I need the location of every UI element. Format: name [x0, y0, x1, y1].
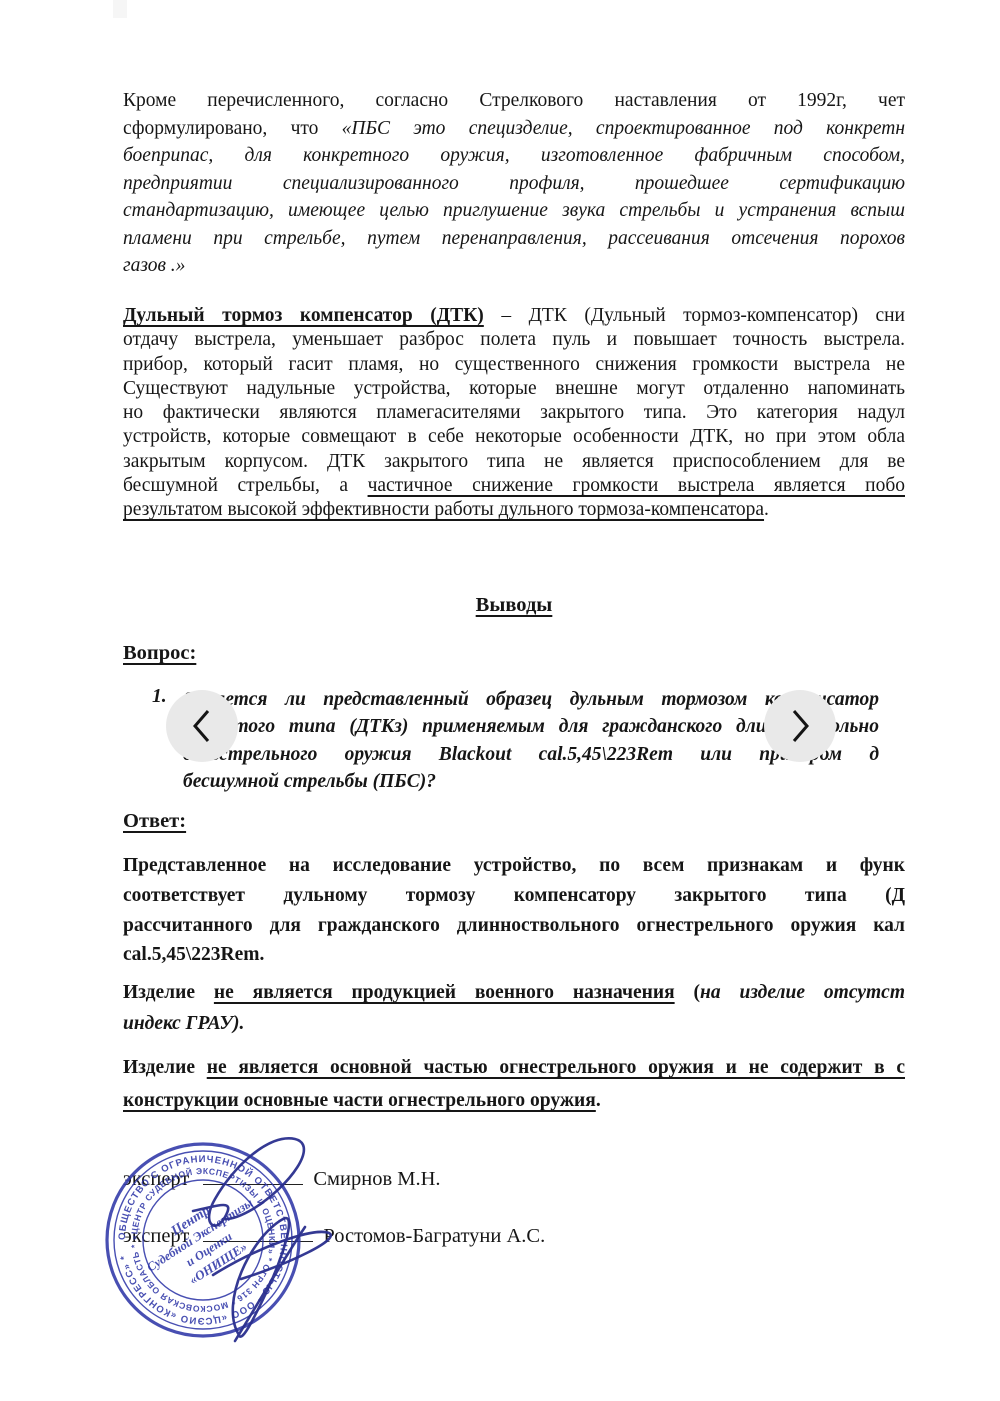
text-line: отдачу выстрела, уменьшает разброс полет…	[123, 328, 905, 352]
text-line: прибор, который гасит пламя, но существе…	[123, 353, 905, 377]
text-line: Кроме перечисленного, согласно Стрелково…	[123, 87, 905, 115]
signature-line	[203, 1168, 303, 1185]
text-line: Представленное на исследование устройств…	[123, 851, 905, 881]
text-line: результатом высокой эффективности работы…	[123, 498, 905, 522]
signature-name: Смирнов М.Н.	[313, 1168, 440, 1190]
stamp-and-signatures: ОБЩЕСТВО С ОГРАНИЧЕННОЙ ОТВЕТСТВЕННОСТЬЮ…	[93, 1125, 383, 1385]
dtk-paragraph: Дульный тормоз компенсатор (ДТК) – ДТК (…	[123, 304, 905, 523]
text-line: боеприпас, для конкретного оружия, изгот…	[123, 142, 905, 170]
signature-line	[203, 1225, 313, 1242]
signature-row-1: экспертСмирнов М.Н.	[123, 1168, 441, 1191]
carousel-prev-button[interactable]	[166, 690, 238, 762]
text-line: бесшумной стрельбы, а частичное снижение…	[123, 474, 905, 498]
text-line: бесшумной стрельбы (ПБС)?	[183, 768, 879, 795]
answer-paragraph: Представленное на исследование устройств…	[123, 851, 905, 970]
text-line: Ответ:	[123, 808, 423, 834]
text-line: конструкции основные части огнестрельног…	[123, 1084, 905, 1117]
text-line: Выводы	[123, 592, 905, 618]
product-not-military-paragraph: Изделие не является продукцией военного …	[123, 977, 905, 1039]
text-line: соответствует дульному тормозу компенсат…	[123, 881, 905, 911]
text-line: рассчитанного для гражданского длинноств…	[123, 911, 905, 941]
product-not-firearm-paragraph: Изделие не является основной частью огне…	[123, 1051, 905, 1117]
text-line: устройств, которые совмещают в себе неко…	[123, 425, 905, 449]
intro-paragraph: Кроме перечисленного, согласно Стрелково…	[123, 87, 905, 280]
signature-row-2: экспертРостомов-Багратуни А.С.	[123, 1225, 545, 1248]
text-line: Изделие не является продукцией военного …	[123, 977, 905, 1008]
question-heading: Вопрос:	[123, 640, 423, 666]
text-line: Изделие не является основной частью огне…	[123, 1051, 905, 1084]
chevron-left-icon	[187, 703, 217, 749]
text-line: Существуют надульные устройства, которые…	[123, 377, 905, 401]
text-line: предприятии специализированного профиля,…	[123, 170, 905, 198]
text-line: cal.5,45\223Rem.	[123, 940, 905, 970]
scan-artifact	[113, 0, 127, 18]
text-line: Вопрос:	[123, 640, 423, 666]
chevron-right-icon	[785, 703, 815, 749]
text-line: пламени при стрельбе, путем перенаправле…	[123, 225, 905, 253]
text-line: сформулировано, что «ПБС это специзделие…	[123, 115, 905, 143]
text-line: закрытым корпусом. ДТК закрытого типа не…	[123, 450, 905, 474]
answer-heading: Ответ:	[123, 808, 423, 834]
conclusions-heading: Выводы	[123, 592, 905, 618]
text-line: стандартизацию, имеющее целью приглушени…	[123, 197, 905, 225]
signature-label: эксперт	[123, 1168, 189, 1190]
text-line: газов .»	[123, 252, 905, 280]
text-line: Дульный тормоз компенсатор (ДТК) – ДТК (…	[123, 304, 905, 328]
signature-name: Ростомов-Багратуни А.С.	[323, 1225, 545, 1247]
company-stamp-icon: ОБЩЕСТВО С ОГРАНИЧЕННОЙ ОТВЕТСТВЕННОСТЬЮ…	[93, 1125, 383, 1385]
carousel-next-button[interactable]	[764, 690, 836, 762]
question-number: 1.	[152, 686, 167, 708]
text-line: индекс ГРАУ).	[123, 1008, 905, 1039]
document-page: Кроме перечисленного, согласно Стрелково…	[0, 0, 1000, 1401]
text-line: но фактически являются пламегасителями з…	[123, 401, 905, 425]
signature-label: эксперт	[123, 1225, 189, 1247]
